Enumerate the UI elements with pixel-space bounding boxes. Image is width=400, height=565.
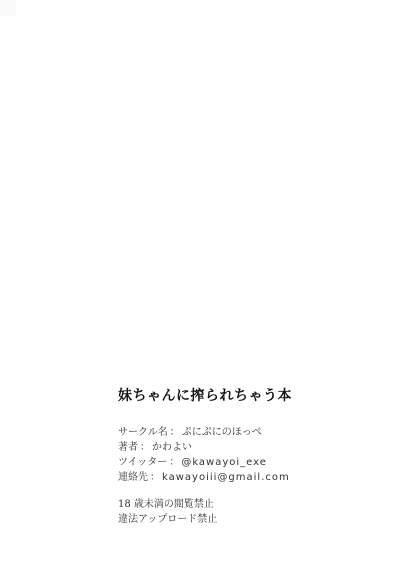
twitter-label: ツイッター xyxy=(118,457,167,468)
contact-label: 連絡先 xyxy=(118,472,148,483)
credits-block: サークル名：ぷにぷにのほっぺ 著者：かわよい ツイッター：@kawayoi_ex… xyxy=(118,425,378,485)
separator: ： xyxy=(150,472,160,483)
author-value: かわよい xyxy=(152,442,192,453)
separator: ： xyxy=(140,442,150,453)
book-title: 妹ちゃんに搾られちゃう本 xyxy=(118,387,378,405)
scan-corner-artifact xyxy=(0,0,16,16)
circle-name-row: サークル名：ぷにぷにのほっぺ xyxy=(118,425,378,440)
contact-row: 連絡先：kawayoiii@gmail.com xyxy=(118,470,378,485)
author-label: 著者 xyxy=(118,442,138,453)
colophon: 妹ちゃんに搾られちゃう本 サークル名：ぷにぷにのほっぺ 著者：かわよい ツイッタ… xyxy=(118,387,378,527)
upload-prohibition-notice: 違法アップロード禁止 xyxy=(118,512,378,527)
separator: ： xyxy=(170,427,180,438)
circle-name-value: ぷにぷにのほっぺ xyxy=(182,427,262,438)
contact-email: kawayoiii@gmail.com xyxy=(162,472,290,483)
twitter-handle: @kawayoi_exe xyxy=(181,457,267,468)
circle-name-label: サークル名 xyxy=(118,427,168,438)
separator: ： xyxy=(169,457,179,468)
notices-block: 18 歳未満の閲覧禁止 違法アップロード禁止 xyxy=(118,497,378,527)
author-row: 著者：かわよい xyxy=(118,440,378,455)
age-restriction-notice: 18 歳未満の閲覧禁止 xyxy=(118,497,378,512)
twitter-row: ツイッター：@kawayoi_exe xyxy=(118,455,378,470)
book-page: 妹ちゃんに搾られちゃう本 サークル名：ぷにぷにのほっぺ 著者：かわよい ツイッタ… xyxy=(0,0,400,565)
